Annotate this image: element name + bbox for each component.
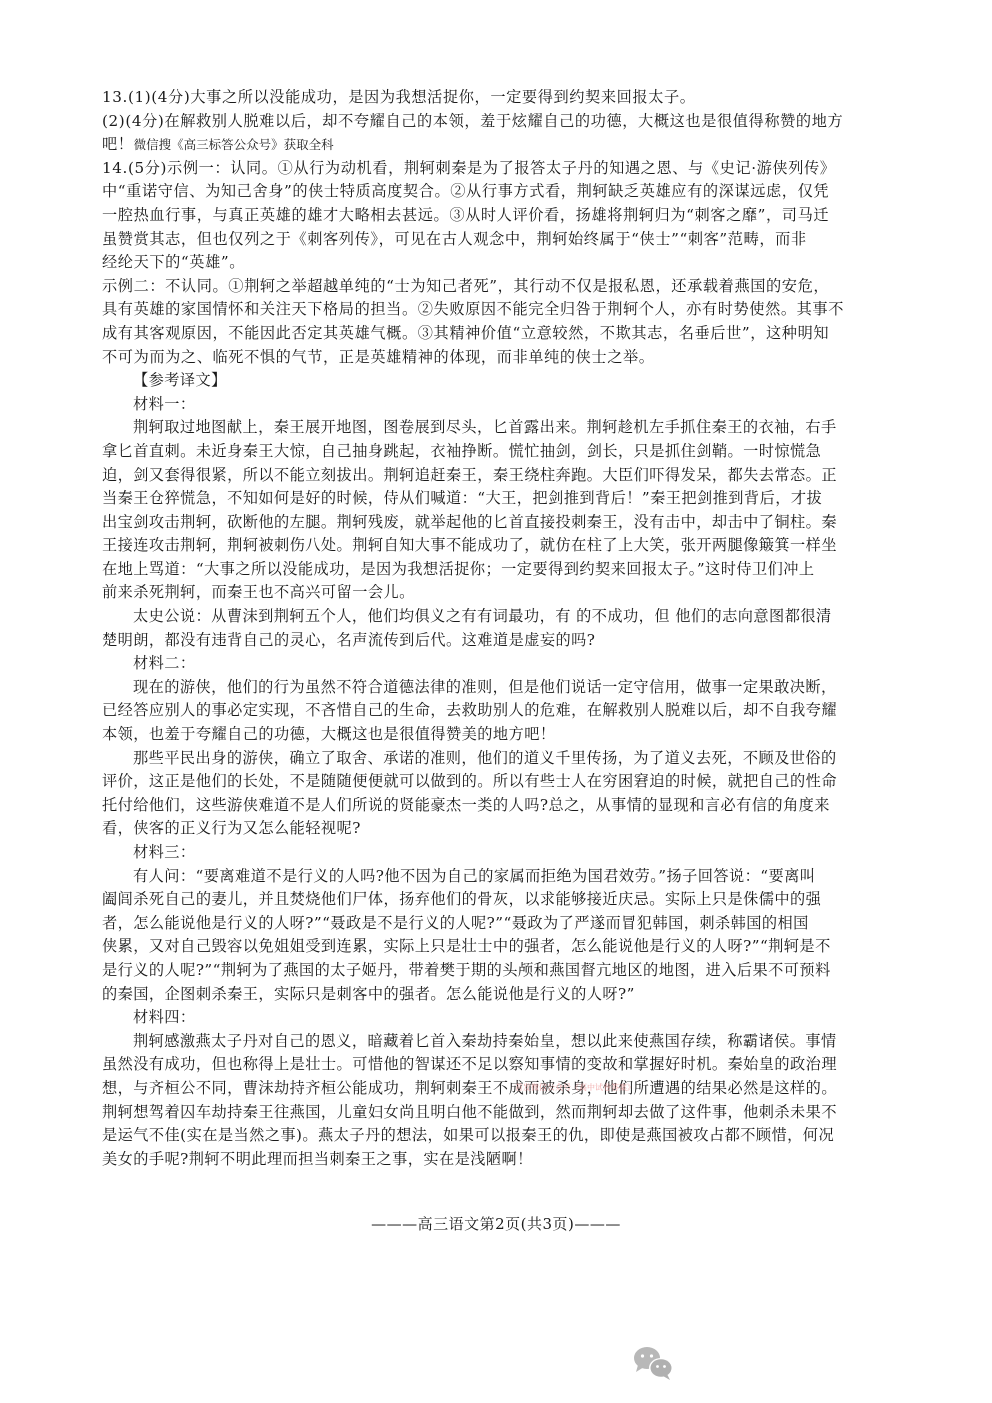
material-1-label: 材料一： [102,393,892,417]
answer-14-example2-line: 不可为而为之、临死不惧的气节，正是英雄精神的体现，而非单纯的侠士之举。 [102,346,892,370]
material-2-line: 评价，这正是他们的长处，不是随随便便就可以做到的。所以有些士人在穷困窘迫的时候，… [102,770,892,794]
answer-14-example2-line: 示例二：不认同。①荆轲之举超越单纯的“士为知己者死”，其行动不仅是报私恩，还承载… [102,275,892,299]
watermark-text: 首发微信公众号《高中试卷答案》 [515,1082,635,1093]
material-2-line: 托付给他们，这些游侠难道不是人们所说的贤能豪杰一类的人吗?总之，从事情的显现和言… [102,794,892,818]
answer-13-2-tail: 吧！ [102,135,134,153]
material-1-line: 拿匕首直刺。未近身秦王大惊，自己抽身跳起，衣袖挣断。慌忙抽剑，剑长，只是抓住剑鞘… [102,440,892,464]
answer-13-2-line: 吧！微信搜《高三标答公众号》获取全科 [102,133,892,157]
material-3-line: 者，怎么能说他是行义的人呀?”“聂政是不是行义的人呢?”“聂政为了严遂而冒犯韩国… [102,912,892,936]
material-4-label: 材料四： [102,1006,892,1030]
material-4-line: 虽然没有成功，但也称得上是壮士。可惜他的智谋还不足以察知事情的变故和掌握好时机。… [102,1053,892,1077]
answer-14-example2-line: 具有英雄的家国情怀和关注天下格局的担当。②失败原因不能完全归咎于荆轲个人，亦有时… [102,298,892,322]
document-page: 13.(1)(4分)大事之所以没能成功，是因为我想活捉你，一定要得到约契来回报太… [102,86,892,1171]
material-3-line: 有人问：“要离难道不是行义的人吗?他不因为自己的家属而拒绝为国君效劳。”扬子回答… [102,865,892,889]
material-4-line: 想，与齐桓公不同，曹沫劫持齐桓公能成功，荆轲刺秦王不成而被杀身，他们所遭遇的结果… [102,1077,892,1101]
material-2-line: 现在的游侠，他们的行为虽然不符合道德法律的准则，但是他们说话一定守信用，做事一定… [102,676,892,700]
material-3-line: 侠累，又对自己毁容以免姐姐受到连累，实际上只是壮士中的强者，怎么能说他是行义的人… [102,935,892,959]
material-4-line: 美女的手呢?荆轲不明此理而担当刺秦王之事，实在是浅陋啊！ [102,1148,892,1172]
material-1-line: 前来杀死荆轲，而秦王也不高兴可留一会儿。 [102,581,892,605]
material-4-line: 荆轲感激燕太子丹对自己的恩义，暗藏着匕首入秦劫持秦始皇，想以此来使燕国存续，称霸… [102,1030,892,1054]
answer-13-2-line: (2)(4分)在解救别人脱难以后，却不夸耀自己的本领，羞于炫耀自己的功德，大概这… [102,110,892,134]
answer-14-line: 14.(5分)示例一：认同。①从行为动机看，荆轲刺秦是为了报答太子丹的知遇之恩、… [102,157,892,181]
material-3-label: 材料三： [102,841,892,865]
material-4-line: 荆轲想驾着囚车劫持秦王往燕国，儿童妇女尚且明白他不能做到，然而荆轲却去做了这件事… [102,1101,892,1125]
wechat-icon [632,1344,677,1382]
answer-13-1: 13.(1)(4分)大事之所以没能成功，是因为我想活捉你，一定要得到约契来回报太… [102,86,892,110]
material-1-line: 王接连攻击荆轲，荆轲被刺伤八处。荆轲自知大事不能成功了，就仿在柱了上大笑，张开两… [102,534,892,558]
material-2-line: 那些平民出身的游侠，确立了取舍、承诺的准则，他们的道义千里传扬，为了道义去死，不… [102,747,892,771]
material-4-line: 是运气不佳(实在是当然之事)。燕太子丹的想法，如果可以报秦王的仇，即使是燕国被攻… [102,1124,892,1148]
material-1-line: 迫，剑又套得很紧，所以不能立刻拔出。荆轲追赶秦王，秦王绕柱奔跑。大臣们吓得发呆，… [102,464,892,488]
material-3-line: 是行义的人呢?”“荆轲为了燕国的太子姬丹，带着樊于期的头颅和燕国督亢地区的地图，… [102,959,892,983]
material-3-line: 的秦国，企图刺杀秦王，实际只是刺客中的强者。怎么能说他是行义的人呀?” [102,983,892,1007]
answer-14-line: 虽赞赏其志，但也仅列之于《刺客列传》，可见在古人观念中，荆轲始终属于“侠士”“刺… [102,228,892,252]
promo-text: 微信搜《高三标答公众号》获取全科 [134,137,334,152]
material-2-label: 材料二： [102,652,892,676]
material-1-line: 出宝剑攻击荆轲，砍断他的左腿。荆轲残废，就举起他的匕首直接投刺秦王，没有击中，却… [102,511,892,535]
material-2-line: 本领，也羞于夸耀自己的功德，大概这也是很值得赞美的地方吧！ [102,723,892,747]
material-1-line: 荆轲取过地图献上，秦王展开地图，图卷展到尽头，匕首露出来。荆轲趁机左手抓住秦王的… [102,416,892,440]
answer-14-example2-line: 成有其客观原因，不能因此否定其英雄气概。③其精神价值“立意较然，不欺其志，名垂后… [102,322,892,346]
material-2-line: 看，侠客的正义行为又怎么能轻视呢? [102,817,892,841]
answer-14-line: 中“重诺守信、为知己舍身”的侠士特质高度契合。②从行事方式看，荆轲缺乏英雄应有的… [102,180,892,204]
answer-14-line: 经纶天下的“英雄”。 [102,251,892,275]
material-1-comment-line: 太史公说：从曹沫到荆轲五个人，他们均俱义之有有词最功，有 的不成功，但 他们的志… [102,605,892,629]
material-3-line: 阖闾杀死自己的妻儿，并且焚烧他们尸体，扬弃他们的骨灰，以求能够接近庆忌。实际上只… [102,888,892,912]
material-2-line: 已经答应别人的事必定实现，不吝惜自己的生命，去救助别人的危难，在解救别人脱难以后… [102,699,892,723]
translation-heading: 【参考译文】 [102,369,892,393]
material-1-line: 当秦王仓猝慌急，不知如何是好的时候，侍从们喊道：“大王，把剑推到背后！”秦王把剑… [102,487,892,511]
material-1-line: 在地上骂道：“大事之所以没能成功，是因为我想活捉你；一定要得到约契来回报太子。”… [102,558,892,582]
material-1-comment-line: 楚明朗，都没有违背自己的灵心，名声流传到后代。这难道是虚妄的吗? [102,629,892,653]
page-footer: ———高三语文第2页(共3页)——— [0,1213,992,1234]
answer-14-line: 一腔热血行事，与真正英雄的雄才大略相去甚远。③从时人评价看，扬雄将荆轲归为“刺客… [102,204,892,228]
